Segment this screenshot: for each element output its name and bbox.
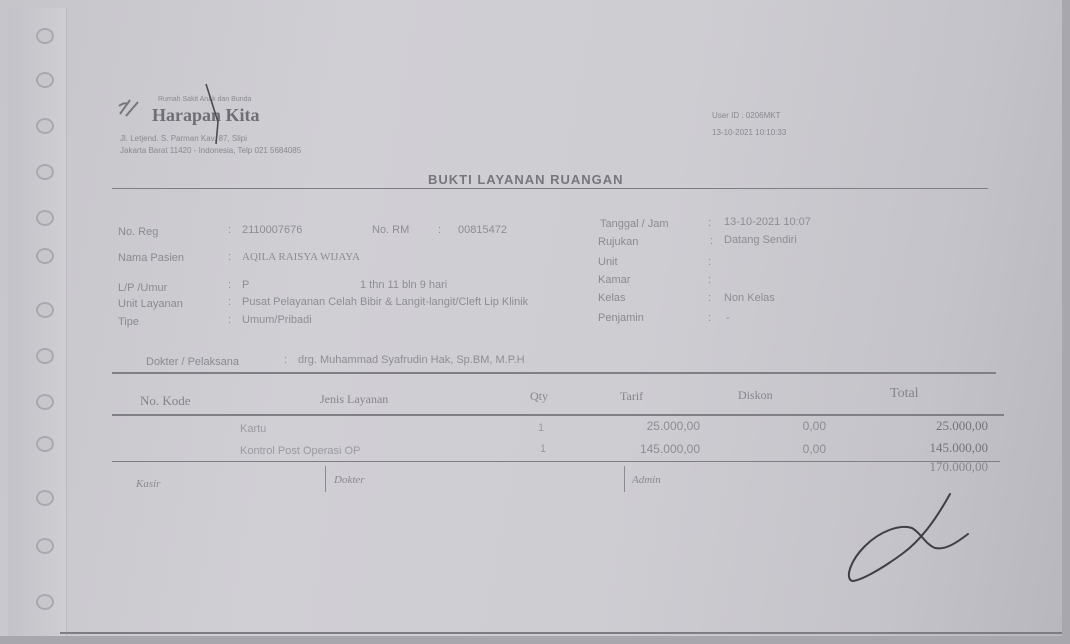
document-title: BUKTI LAYANAN RUANGAN — [428, 172, 624, 187]
signature-divider — [624, 466, 625, 492]
print-timestamp: 13-10-2021 10:10:33 — [712, 128, 786, 137]
colon: : — [708, 312, 711, 324]
row-total: 145.000,00 — [880, 440, 988, 456]
colon: : — [708, 274, 711, 286]
field-label-service-unit: Unit Layanan — [118, 298, 183, 310]
colon: : — [284, 354, 287, 366]
row-discount: 0,00 — [760, 442, 826, 456]
field-value-patient-name: AQILA RAISYA WIJAYA — [242, 251, 360, 263]
colon: : — [438, 224, 441, 236]
row-service: Kartu — [240, 423, 266, 435]
field-label-guarantor: Penjamin — [598, 312, 644, 324]
field-label-type: Tipe — [118, 316, 139, 328]
column-header-qty: Qty — [530, 389, 548, 404]
field-value-gender: P — [242, 279, 249, 291]
signature-label-cashier: Kasir — [136, 478, 160, 490]
column-header-discount: Diskon — [738, 388, 773, 403]
colon: : — [228, 279, 231, 291]
field-value-class: Non Kelas — [724, 292, 775, 304]
field-value-service-unit: Pusat Pelayanan Celah Bibir & Langit-lan… — [242, 296, 528, 308]
colon: : — [228, 314, 231, 326]
handwritten-signature — [840, 486, 980, 596]
colon: : — [708, 256, 711, 268]
field-label-class: Kelas — [598, 292, 626, 304]
field-label-patient-name: Nama Pasien — [118, 252, 184, 264]
signature-label-doctor: Dokter — [334, 474, 365, 486]
row-discount: 0,00 — [760, 419, 826, 433]
title-divider — [112, 188, 988, 189]
column-header-code: No. Kode — [140, 393, 191, 409]
field-value-no-reg: 2110007676 — [242, 224, 302, 236]
colon: : — [708, 292, 711, 304]
colon: : — [708, 217, 711, 229]
row-qty: 1 — [538, 422, 544, 434]
field-value-age: 1 thn 11 bln 9 hari — [360, 279, 447, 291]
field-label-referral: Rujukan — [598, 236, 638, 248]
pen-mark — [200, 82, 230, 162]
row-service: Kontrol Post Operasi OP — [240, 445, 360, 457]
doctor-name: drg. Muhammad Syafrudin Hak, Sp.BM, M.P.… — [298, 354, 525, 366]
field-value-date-time: 13-10-2021 10:07 — [724, 216, 811, 228]
receipt-document: Rumah Sakit Anak dan Bunda Harapan Kita … — [0, 0, 1070, 644]
signature-divider — [325, 466, 326, 492]
column-header-rate: Tarif — [620, 389, 643, 404]
field-value-type: Umum/Pribadi — [242, 314, 312, 326]
field-label-unit: Unit — [598, 256, 618, 268]
doctor-label: Dokter / Pelaksana — [146, 356, 239, 368]
signature-label-admin: Admin — [632, 474, 661, 486]
colon: : — [228, 296, 231, 308]
field-label-no-rm: No. RM — [372, 224, 409, 236]
print-user: User ID : 0206MKT — [712, 111, 780, 120]
hospital-logo-icon — [116, 96, 146, 120]
row-qty: 1 — [540, 443, 546, 455]
colon: : — [228, 251, 231, 263]
header-divider — [112, 414, 1004, 416]
field-label-gender-age: L/P /Umur — [118, 282, 167, 294]
field-label-no-reg: No. Reg — [118, 226, 158, 238]
field-value-no-rm: 00815472 — [458, 224, 507, 236]
field-value-guarantor: - — [726, 312, 730, 324]
colon: : — [710, 235, 713, 247]
row-total: 25.000,00 — [880, 418, 988, 434]
rows-bottom-divider — [112, 461, 1000, 462]
field-value-referral: Datang Sendiri — [724, 234, 797, 246]
field-label-date-time: Tanggal / Jam — [600, 218, 668, 230]
colon: : — [228, 224, 231, 236]
row-rate: 25.000,00 — [600, 419, 700, 433]
field-label-room: Kamar — [598, 274, 630, 286]
column-header-total: Total — [890, 386, 919, 402]
row-rate: 145.000,00 — [596, 442, 700, 456]
column-header-service: Jenis Layanan — [320, 392, 388, 407]
table-top-divider — [112, 372, 996, 374]
grand-total: 170.000,00 — [880, 459, 988, 475]
